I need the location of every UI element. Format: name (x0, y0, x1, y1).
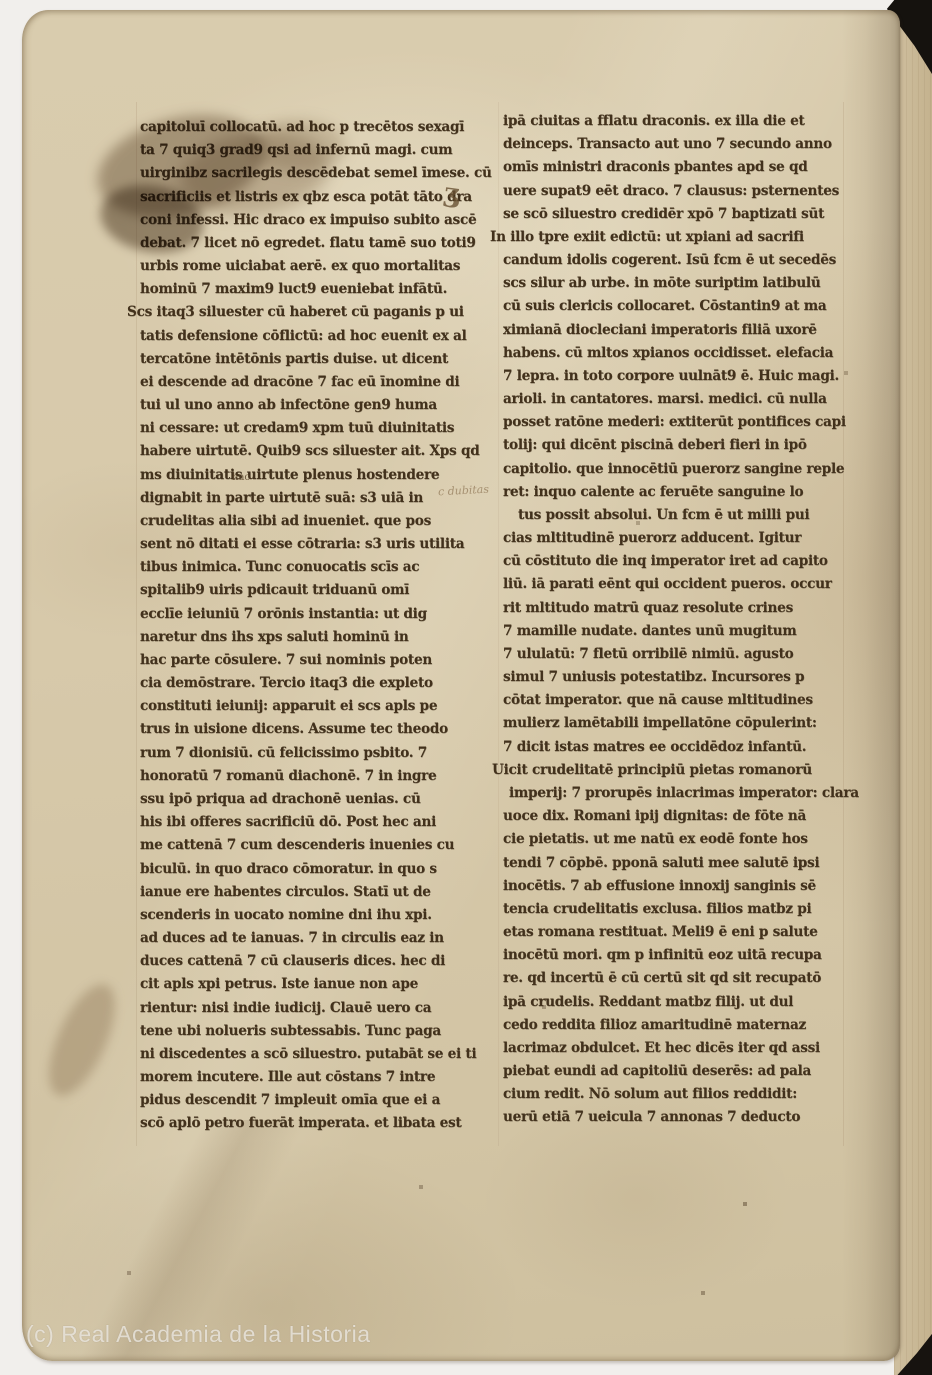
manuscript-text-line: his ibi offeres sacrificiū dō. Post hec … (140, 811, 474, 834)
manuscript-text-line: uirginibz sacrilegis descēdebat semel īm… (140, 162, 474, 185)
manuscript-text-line: liū. iā parati eēnt qui occident pueros.… (503, 573, 841, 596)
interlinear-gloss: hac (232, 472, 250, 483)
manuscript-text-line: inocētis. 7 ab effusione innoxij sangini… (503, 875, 841, 898)
ruling-line (843, 102, 844, 1146)
manuscript-text-line: tercatōne intētōnis partis duise. ut dic… (140, 348, 474, 371)
manuscript-text-line: ei descende ad dracōne 7 fac eū īnomine … (140, 371, 474, 394)
manuscript-text-line: rum 7 dionisiū. cū felicissimo psbito. 7 (140, 742, 474, 765)
manuscript-text-line: ta 7 quiq3 grad9 qsi ad infernū magi. cu… (140, 139, 474, 162)
manuscript-text-line: crudelitas alia sibi ad inueniet. que po… (140, 510, 474, 533)
manuscript-text-line: cedo reddita filioz amaritudinē maternaz (503, 1014, 841, 1037)
manuscript-text-line: 7 lepra. in toto corpore uulnāt9 ē. Huic… (503, 365, 841, 388)
manuscript-text-line: morem incutere. Ille aut cōstans 7 intre (140, 1066, 474, 1089)
manuscript-text-line: ximianā diocleciani imperatoris filiā ux… (503, 319, 841, 342)
manuscript-text-line: etas romana restituat. Meli9 ē eni p sal… (503, 921, 841, 944)
manuscript-text-line: sent nō ditati ei esse cōtraria: s3 uris… (140, 533, 474, 556)
manuscript-text-line: posset ratōne mederi: extiterūt pontific… (503, 411, 841, 434)
manuscript-scan: capitoluī collocatū. ad hoc p trecētos s… (0, 0, 932, 1375)
manuscript-text-line: omīs ministri draconis pbantes apd se qd (503, 156, 841, 179)
manuscript-text-line: biculū. in quo draco cōmoratur. in quo s (140, 858, 474, 881)
gutter-shadow (842, 10, 900, 1361)
manuscript-text-line: tui ul uno anno ab infectōne gen9 huma (140, 394, 474, 417)
manuscript-text-line: tencia crudelitatis exclusa. filios matb… (503, 898, 841, 921)
manuscript-text-line: piebat eundi ad capitoliū deserēs: ad pa… (503, 1060, 841, 1083)
manuscript-text-line: 7 ululatū: 7 fletū orribilē nimiū. agust… (503, 643, 841, 666)
text-column-left: capitoluī collocatū. ad hoc p trecētos s… (140, 116, 474, 1136)
manuscript-text-line: se scō siluestro credidēr xpō 7 baptizat… (503, 203, 841, 226)
manuscript-text-line: cū cōstituto die inq imperator iret ad c… (503, 550, 841, 573)
manuscript-text-line: tus possit absolui. Un fcm ē ut milli pu… (518, 504, 841, 527)
fly-specks (0, 0, 2, 2)
manuscript-text-line: tolij: qui dicēnt piscinā deberi fieri i… (503, 434, 841, 457)
manuscript-text-line: me cattenā 7 cum descenderis inuenies cu (140, 834, 474, 857)
manuscript-text-line: hac parte cōsulere. 7 sui nominis poten (140, 649, 474, 672)
manuscript-text-line: ni discedentes a scō siluestro. putabāt … (140, 1043, 474, 1066)
manuscript-text-line: capitoluī collocatū. ad hoc p trecētos s… (140, 116, 474, 139)
manuscript-text-line: tatis defensione cōflictū: ad hoc euenit… (140, 325, 474, 348)
manuscript-text-line: simul 7 uniusis potestatibz. Incursores … (503, 666, 841, 689)
manuscript-text-line: constituti ieiunij: apparuit ei scs apls… (140, 695, 474, 718)
manuscript-text-line: 7 dicit istas matres ee occidēdoz infant… (503, 736, 841, 759)
manuscript-text-line: inocētū mori. qm p infinitū eoz uitā rec… (503, 944, 841, 967)
manuscript-text-line: cias mltitudinē puerorz adducent. Igitur (503, 527, 841, 550)
manuscript-text-line: scenderis in uocato nomine dni ihu xpi. (140, 904, 474, 927)
manuscript-text-line: Uicit crudelitatē principiū pietas roman… (492, 759, 841, 782)
copyright-watermark: (c) Real Academia de la Historia (26, 1321, 371, 1348)
manuscript-text-line: cie pietatis. ut me natū ex eodē fonte h… (503, 828, 841, 851)
manuscript-text-line: habens. cū mltos xpianos occidisset. ele… (503, 342, 841, 365)
manuscript-text-line: naretur dns ihs xps saluti hominū in (140, 626, 474, 649)
manuscript-text-line: tene ubi nolueris subtessabis. Tunc paga (140, 1020, 474, 1043)
manuscript-text-line: capitolio. que innocētiū puerorz sangine… (503, 458, 841, 481)
manuscript-text-line: ssu ipō priqua ad drachonē uenias. cū (140, 788, 474, 811)
manuscript-text-line: dignabit in parte uirtutē suā: s3 uiā in (140, 487, 474, 510)
manuscript-text-line: urbis rome uiciabat aerē. ex quo mortali… (140, 255, 474, 278)
manuscript-text-line: imperij: 7 prorupēs inlacrimas imperator… (509, 782, 841, 805)
manuscript-text-line: scs silur ab urbe. in mōte suriptim lati… (503, 272, 841, 295)
manuscript-text-line: ipā ciuitas a fflatu draconis. ex illa d… (503, 110, 841, 133)
manuscript-text-line: cia demōstrare. Tercio itaq3 die expleto (140, 672, 474, 695)
manuscript-text-line: duces cattenā 7 cū clauseris dices. hec … (140, 950, 474, 973)
manuscript-text-line: ad duces ad te ianuas. 7 in circulis eaz… (140, 927, 474, 950)
manuscript-text-line: hominū 7 maxim9 luct9 eueniebat infātū. (140, 278, 474, 301)
manuscript-text-line: mulierz lamētabili impellatōne cōpulerin… (503, 712, 841, 735)
manuscript-text-line: tendi 7 cōpbē. pponā saluti mee salutē i… (503, 852, 841, 875)
manuscript-text-line: In illo tpre exiit edictū: ut xpiani ad … (490, 226, 841, 249)
manuscript-text-line: cōtat imperator. que nā cause mltitudine… (503, 689, 841, 712)
manuscript-text-line: Scs itaq3 siluester cū haberet cū pagani… (127, 301, 474, 324)
manuscript-text-line: ni cessare: ut credam9 xpm tuū diuinitat… (140, 417, 474, 440)
manuscript-text-line: arioli. in cantatores. marsi. medici. cū… (503, 388, 841, 411)
manuscript-text-line: ianue ere habentes circulos. Statī ut de (140, 881, 474, 904)
manuscript-text-line: cū suis clericis collocaret. Cōstantin9 … (503, 295, 841, 318)
manuscript-text-line: rit mltitudo matrū quaz resolute crines (503, 597, 841, 620)
manuscript-text-line: debat. 7 licet nō egredet. flatu tamē su… (140, 232, 474, 255)
manuscript-text-line: ret: inquo calente ac feruēte sanguine l… (503, 481, 841, 504)
manuscript-text-line: cium redit. Nō solum aut filios reddidit… (503, 1083, 841, 1106)
manuscript-text-line: uoce dix. Romani ipij dignitas: de fōte … (503, 805, 841, 828)
manuscript-text-line: rientur: nisi indie iudicij. Clauē uero … (140, 997, 474, 1020)
ruling-line (136, 102, 137, 1146)
manuscript-text-line: honoratū 7 romanū diachonē. 7 in ingre (140, 765, 474, 788)
manuscript-text-line: pidus descendit 7 impleuit omīa que ei a (140, 1089, 474, 1112)
ruling-line (498, 102, 499, 1146)
manuscript-text-line: uere supat9 eēt draco. 7 clausus: pstern… (503, 180, 841, 203)
manuscript-text-line: re. qd incertū ē cū certū sit qd sit rec… (503, 967, 841, 990)
manuscript-text-line: ipā crudelis. Reddant matbz filij. ut du… (503, 991, 841, 1014)
manuscript-text-line: deinceps. Transacto aut uno 7 secundo an… (503, 133, 841, 156)
manuscript-text-line: uerū etiā 7 ueicula 7 annonas 7 deducto (503, 1106, 841, 1129)
manuscript-text-line: ecclīe ieiuniū 7 orōnis instantia: ut di… (140, 603, 474, 626)
manuscript-text-line: 7 mamille nudate. dantes unū mugitum (503, 620, 841, 643)
manuscript-text-line: coni infessi. Hic draco ex impuiso subit… (140, 209, 474, 232)
manuscript-text-line: trus in uisione dicens. Assume tec theod… (140, 718, 474, 741)
manuscript-text-line: spitalib9 uiris pdicauit triduanū omī (140, 579, 474, 602)
manuscript-text-line: sacrificiis et listris ex qbz esca potāt… (140, 186, 474, 209)
manuscript-text-line: cit apls xpi petrus. Iste ianue non ape (140, 973, 474, 996)
manuscript-text-line: habere uirtutē. Quib9 scs siluester ait.… (140, 440, 474, 463)
manuscript-text-line: lacrimaz obdulcet. Et hec dicēs iter qd … (503, 1037, 841, 1060)
text-column-right: ipā ciuitas a fflatu draconis. ex illa d… (503, 110, 841, 1130)
manuscript-text-line: ms diuinitatis uirtute plenus hostendere (140, 464, 474, 487)
marginal-gloss: c dubitas (438, 483, 490, 499)
manuscript-text-line: candum idolis cogerent. Isū fcm ē ut sec… (503, 249, 841, 272)
manuscript-text-line: tibus inimica. Tunc conuocatis scīs ac (140, 556, 474, 579)
manuscript-text-line: scō aplō petro fuerāt imperata. et libat… (140, 1112, 474, 1135)
